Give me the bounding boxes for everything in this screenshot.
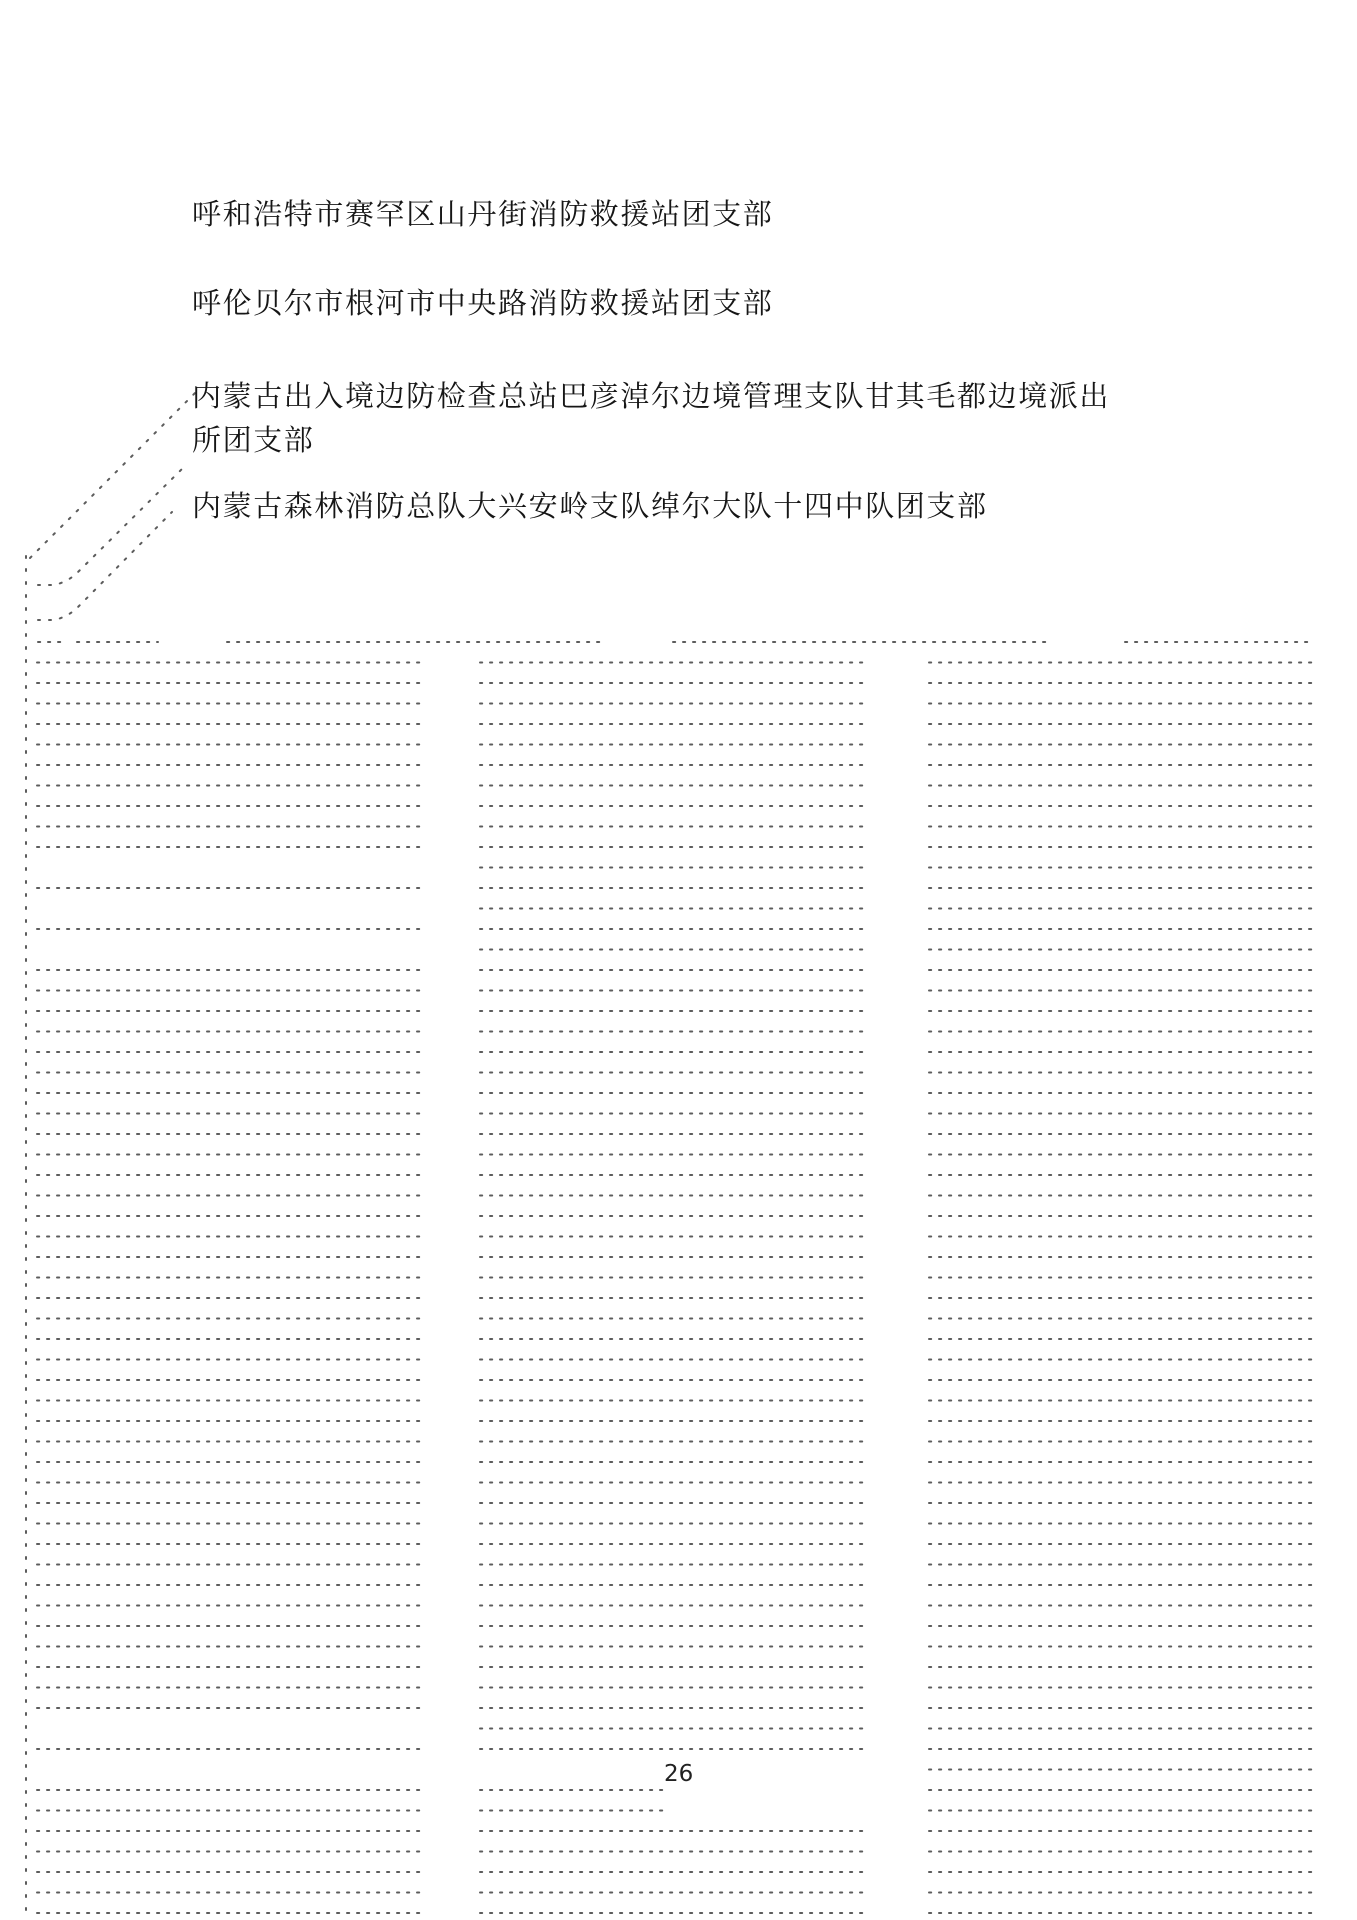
entry-text: 呼伦贝尔市根河市中央路消防救援站团支部 bbox=[192, 289, 773, 319]
page-number: 26 bbox=[664, 1761, 693, 1787]
entry-text: 所团支部 bbox=[192, 426, 314, 456]
entry-text: 内蒙古出入境边防检查总站巴彦淖尔边境管理支队甘其毛都边境派出 bbox=[192, 382, 1110, 412]
entry-text: 呼和浩特市赛罕区山丹街消防救援站团支部 bbox=[192, 200, 773, 230]
entry-text: 内蒙古森林消防总队大兴安岭支队绰尔大队十四中队团支部 bbox=[192, 492, 988, 522]
scanned-document-page: 呼和浩特市赛罕区山丹街消防救援站团支部 呼伦贝尔市根河市中央路消防救援站团支部 … bbox=[0, 0, 1357, 1920]
